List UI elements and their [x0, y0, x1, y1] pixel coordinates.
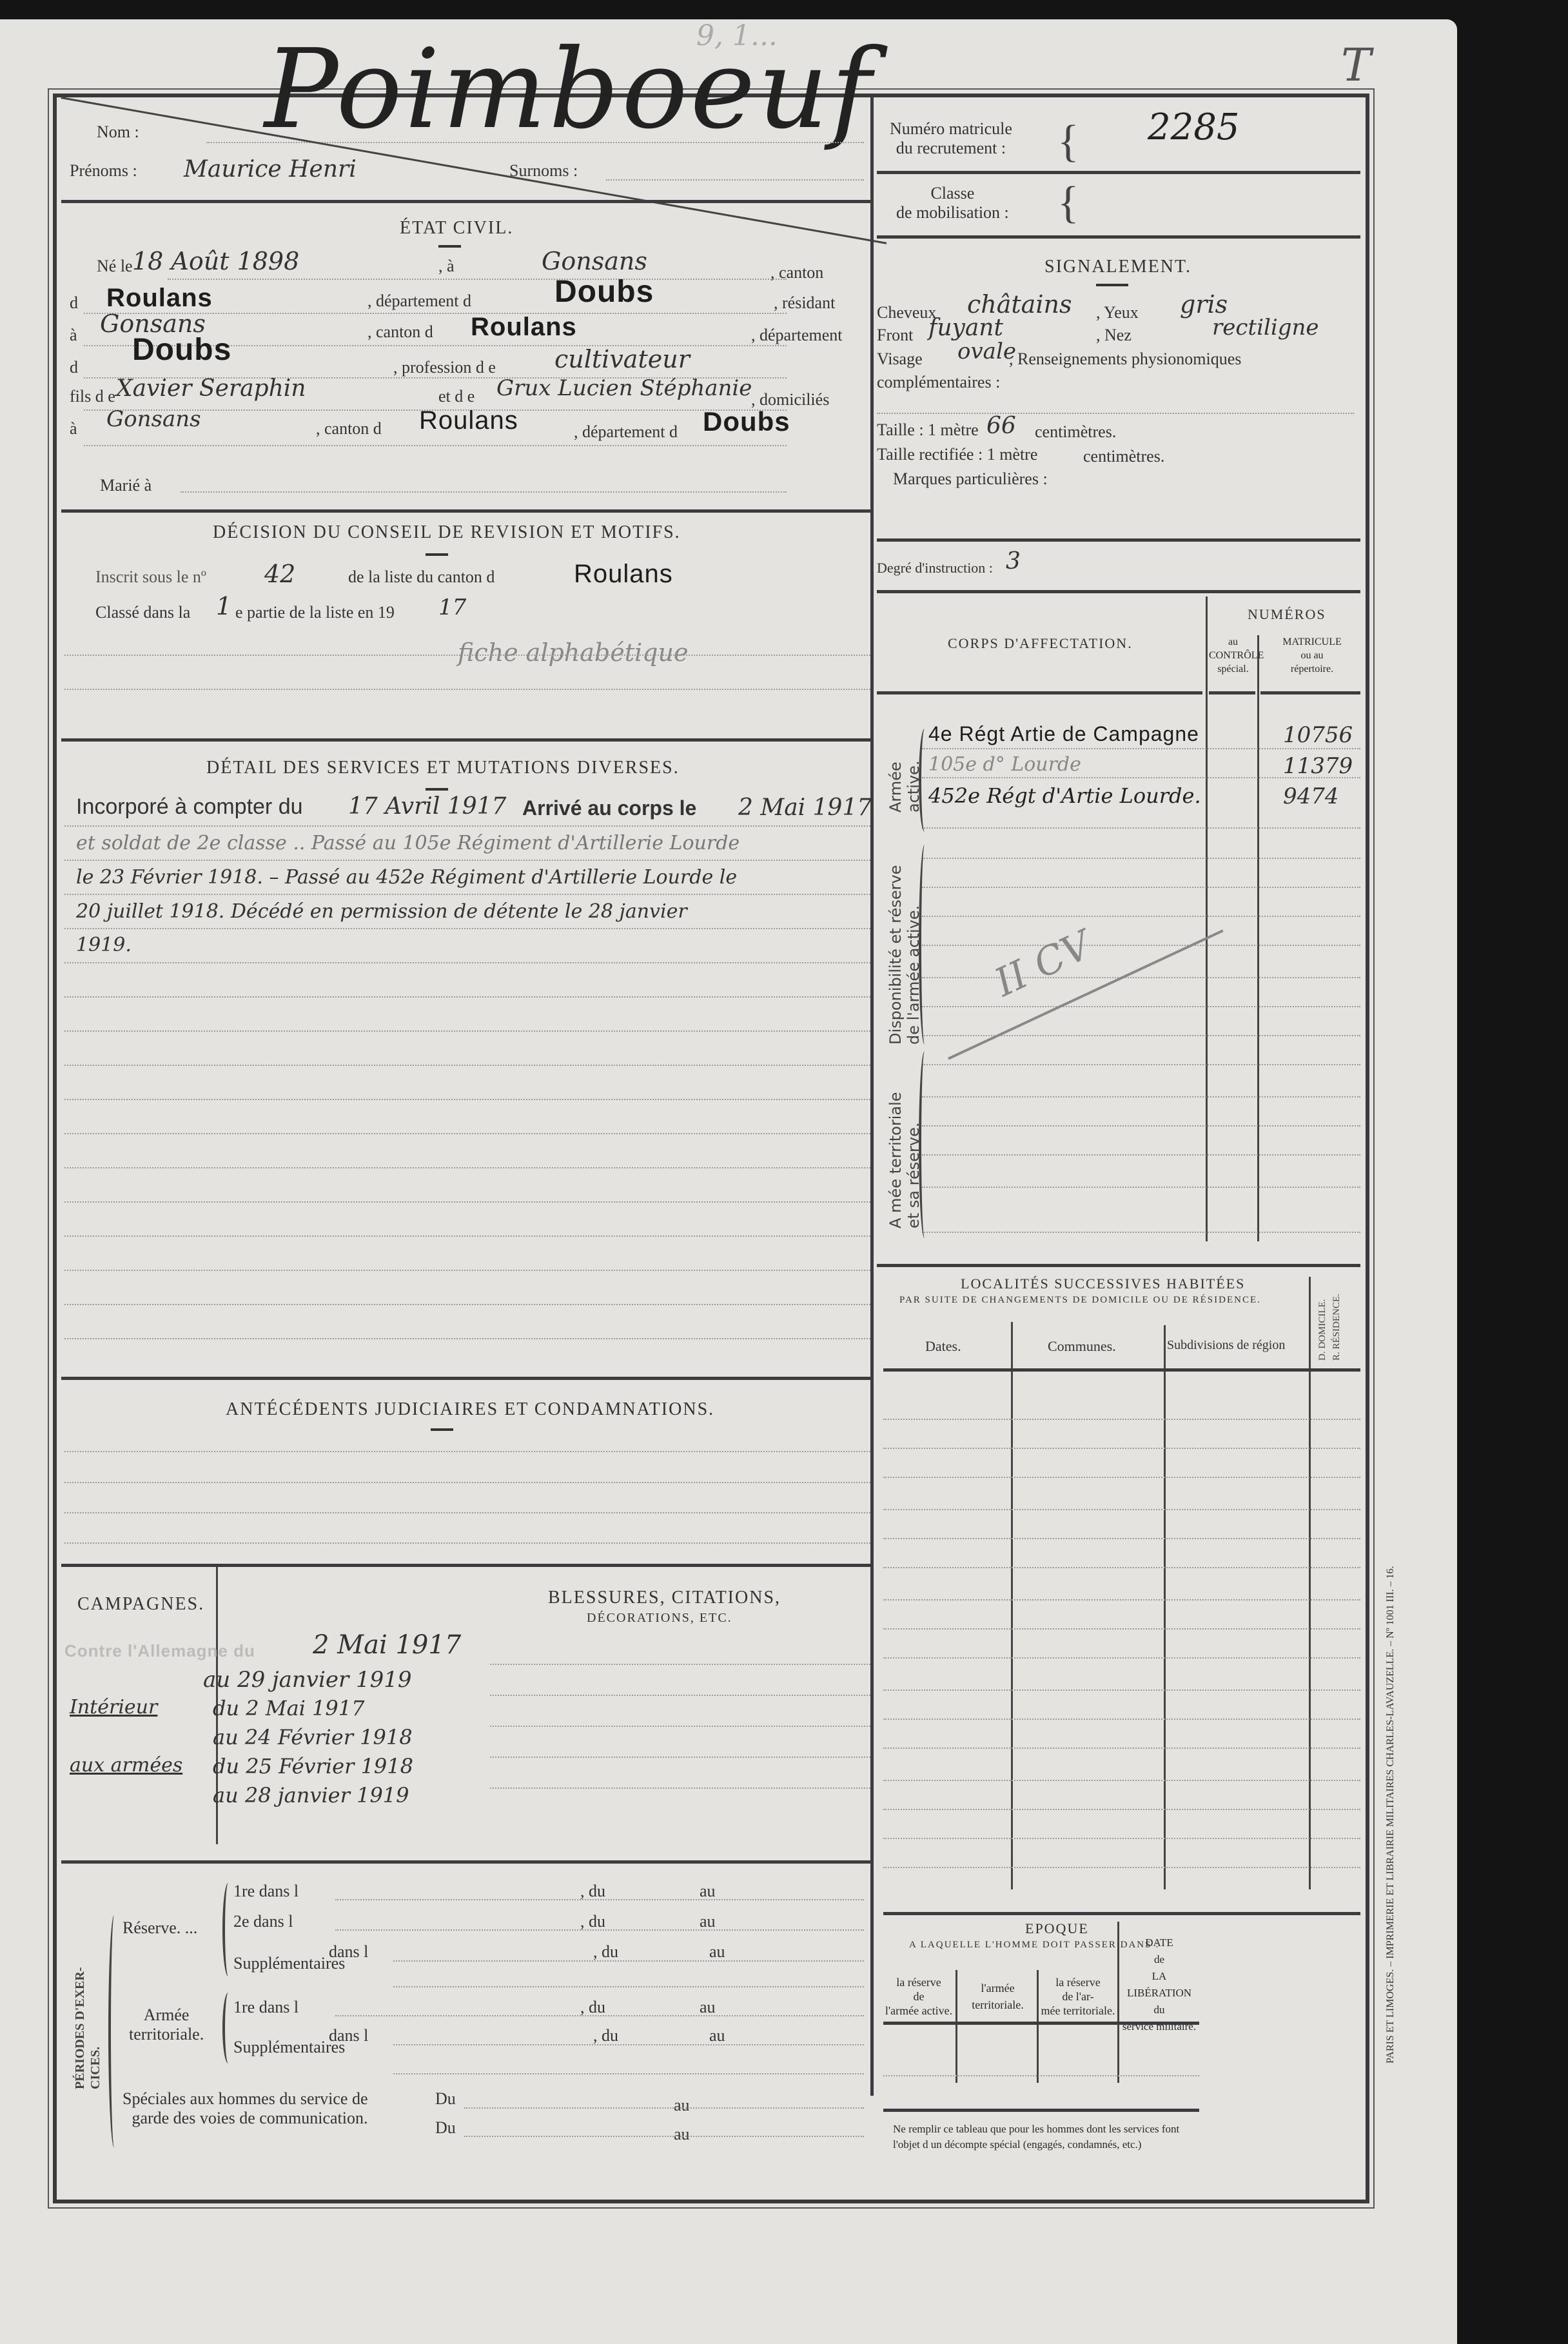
height-cm: 66 — [986, 413, 1016, 439]
campagne-armees-label: aux armées — [70, 1754, 182, 1777]
corps-row-3-matricule: 9474 — [1283, 783, 1339, 809]
epoque-col-territoriale: l'arméeterritoriale. — [961, 1980, 1035, 2013]
etat-civil-title: ÉTAT CIVIL. — [400, 218, 513, 239]
face: ovale — [957, 339, 1016, 364]
corps-row-1: 4e Régt Artie de Campagne — [928, 722, 1199, 746]
corps-row-2: 105e d° Lourde — [928, 753, 1081, 776]
classe-label: Classe de mobilisation : — [896, 184, 1009, 222]
birth-canton: Roulans — [106, 284, 213, 313]
birth-department: Doubs — [554, 274, 654, 310]
nom-value: Poimboeuf — [264, 26, 874, 153]
inscription-number: 42 — [264, 560, 295, 588]
profession: cultivateur — [554, 345, 690, 373]
epoque-col-reserve-territoriale: la réservede l'ar-mée territoriale. — [1039, 1975, 1117, 2018]
nom-label: Nom : — [97, 123, 139, 142]
campagnes-stamp: Contre l'Allemagne du — [64, 1641, 255, 1661]
mother-name: Grux Lucien Stéphanie — [496, 375, 752, 401]
epoque-col-reserve-active: la réservedel'armée active. — [883, 1975, 954, 2018]
corps-title: CORPS D'AFFECTATION. — [948, 635, 1133, 652]
printer-imprint: PARIS ET LIMOGES. – IMPRIMERIE ET LIBRAI… — [1385, 1566, 1396, 2063]
arrival-date: 2 Mai 1917 — [738, 794, 872, 821]
side-label-territoriale: A mée territorialeet sa réserve. — [887, 1092, 923, 1228]
parents-canton: Roulans — [419, 406, 518, 435]
incorporation-date: 17 Avril 1917 — [348, 793, 506, 820]
parents-place: Gonsans — [106, 406, 201, 432]
antecedents-title: ANTÉCÉDENTS JUDICIAIRES ET CONDAMNATIONS… — [226, 1399, 714, 1420]
prenoms-label: Prénoms : — [70, 161, 137, 181]
inscription-canton: Roulans — [574, 560, 673, 589]
armee-territoriale-label: Arméeterritoriale. — [129, 2005, 204, 2044]
periodes-side-label: PÉRIODES D'EXER-CICES. — [72, 1967, 103, 2089]
matricule-label: Numéro matricule du recrutement : — [890, 119, 1012, 158]
side-label-armee-active: Arméeactive. — [887, 760, 923, 813]
birth-place: Gonsans — [542, 247, 647, 275]
parents-department: Doubs — [703, 406, 790, 437]
epoque-col-date-liberation: DATEdeLA LIBÉRATIONduservice militaire. — [1121, 1935, 1198, 2035]
decision-title: DÉCISION DU CONSEIL DE REVISION ET MOTIF… — [213, 522, 681, 543]
decision-note: fiche alphabétique — [458, 638, 688, 667]
domicile-residence-header: D. DOMICILE.R. RÉSIDENCE. — [1315, 1294, 1344, 1361]
blessures-title: BLESSURES, CITATIONS, — [548, 1588, 781, 1608]
residence-department: Doubs — [132, 332, 231, 368]
corps-row-1-matricule: 10756 — [1283, 722, 1353, 748]
speciales-label: Spéciales aux hommes du service degarde … — [122, 2089, 368, 2128]
corner-mark: T — [1341, 39, 1371, 92]
epoque-title: EPOQUE — [1025, 1920, 1089, 1937]
matricule-value: 2285 — [1148, 106, 1240, 148]
corps-row-2-matricule: 11379 — [1283, 753, 1353, 779]
localites-title: LOCALITÉS SUCCESSIVES HABITÉES — [961, 1275, 1245, 1292]
birth-date: 18 Août 1898 — [132, 247, 299, 275]
col-matricule-header: MATRICULEou aurépertoire. — [1260, 635, 1364, 676]
col-controle-header: auCONTRÔLEspécial. — [1209, 635, 1257, 676]
side-label-disponibilite: Disponibilité et réservede l'armée activ… — [887, 865, 923, 1045]
services-title: DÉTAIL DES SERVICES ET MUTATIONS DIVERSE… — [206, 758, 680, 778]
instruction-degree: 3 — [1006, 548, 1021, 575]
corps-row-3: 452e Régt d'Artie Lourde. — [928, 783, 1201, 808]
signalement-title: SIGNALEMENT. — [1044, 257, 1191, 277]
forehead: fuyant — [928, 315, 1003, 341]
campagnes-title: CAMPAGNES. — [77, 1594, 204, 1615]
campagne-interieur-label: Intérieur — [70, 1696, 157, 1719]
prenoms-value: Maurice Henri — [184, 156, 357, 182]
epoque-note: Ne remplir ce tableau que pour les homme… — [893, 2122, 1179, 2152]
residence-canton: Roulans — [471, 313, 577, 342]
father-name: Xavier Seraphin — [116, 375, 306, 402]
nose: rectiligne — [1212, 315, 1318, 340]
